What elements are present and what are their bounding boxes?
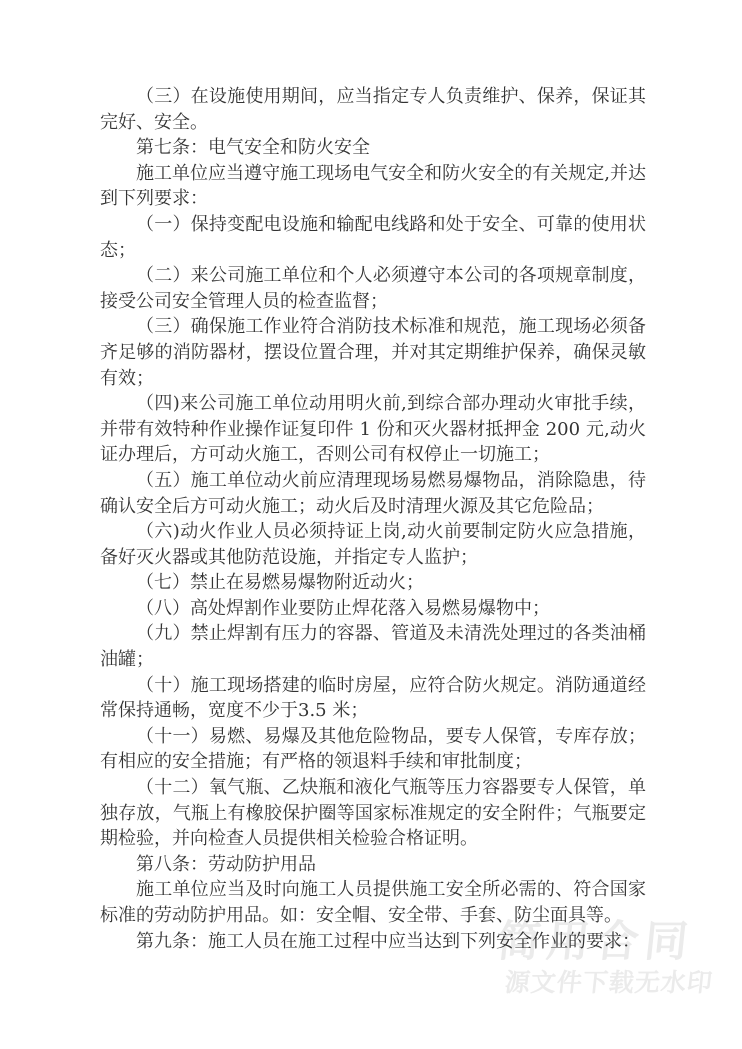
paragraph-item-6: （六)动火作业人员必须持证上岗,动火前要制定防火应急措施，备好灭火器或其他防范设…: [100, 519, 646, 570]
paragraph-item-2: （二）来公司施工单位和个人必须遵守本公司的各项规章制度，接受公司安全管理人员的检…: [100, 263, 646, 314]
section-heading-article-7: 第七条：电气安全和防火安全: [100, 135, 646, 161]
paragraph-article-8-body: 施工单位应当及时向施工人员提供施工安全所必需的、符合国家标准的劳动防护用品。如：…: [100, 877, 646, 928]
paragraph-item-8: （八）高处焊割作业要防止焊花落入易燃易爆物中；: [100, 596, 646, 622]
section-heading-article-9: 第九条：施工人员在施工过程中应当达到下列安全作业的要求：: [100, 929, 646, 955]
paragraph-item-1: （一）保持变配电设施和输配电线路和处于安全、可靠的使用状态；: [100, 212, 646, 263]
paragraph-item-12: （十二）氧气瓶、乙炔瓶和液化气瓶等压力容器要专人保管，单独存放，气瓶上有橡胶保护…: [100, 775, 646, 852]
document-body: （三）在设施使用期间，应当指定专人负责维护、保养，保证其完好、安全。 第七条：电…: [100, 84, 646, 954]
paragraph-item-7: （七）禁止在易燃易爆物附近动火；: [100, 570, 646, 596]
paragraph-article-7-intro: 施工单位应当遵守施工现场电气安全和防火安全的有关规定,并达到下列要求：: [100, 161, 646, 212]
paragraph-item-4: （四)来公司施工单位动用明火前,到综合部办理动火审批手续，并带有效特种作业操作证…: [100, 391, 646, 468]
paragraph-item-5: （五）施工单位动火前应清理现场易燃易爆物品，消除隐患，待确认安全后方可动火施工；…: [100, 468, 646, 519]
paragraph-item-3-continuation: （三）在设施使用期间，应当指定专人负责维护、保养，保证其完好、安全。: [100, 84, 646, 135]
watermark-subtitle: 源文件下载无水印: [503, 963, 715, 999]
paragraph-item-10: （十）施工现场搭建的临时房屋，应符合防火规定。消防通道经常保持通畅，宽度不少于3…: [100, 673, 646, 724]
paragraph-item-11: （十一）易燃、易爆及其他危险物品，要专人保管，专库存放；有相应的安全措施；有严格…: [100, 724, 646, 775]
document-page: 简用合同 源文件下载无水印 （三）在设施使用期间，应当指定专人负责维护、保养，保…: [0, 0, 742, 1049]
paragraph-item-3: （三）确保施工作业符合消防技术标准和规范，施工现场必须备齐足够的消防器材，摆设位…: [100, 314, 646, 391]
paragraph-item-9: （九）禁止焊割有压力的容器、管道及未清洗处理过的各类油桶油罐；: [100, 621, 646, 672]
section-heading-article-8: 第八条：劳动防护用品: [100, 852, 646, 878]
